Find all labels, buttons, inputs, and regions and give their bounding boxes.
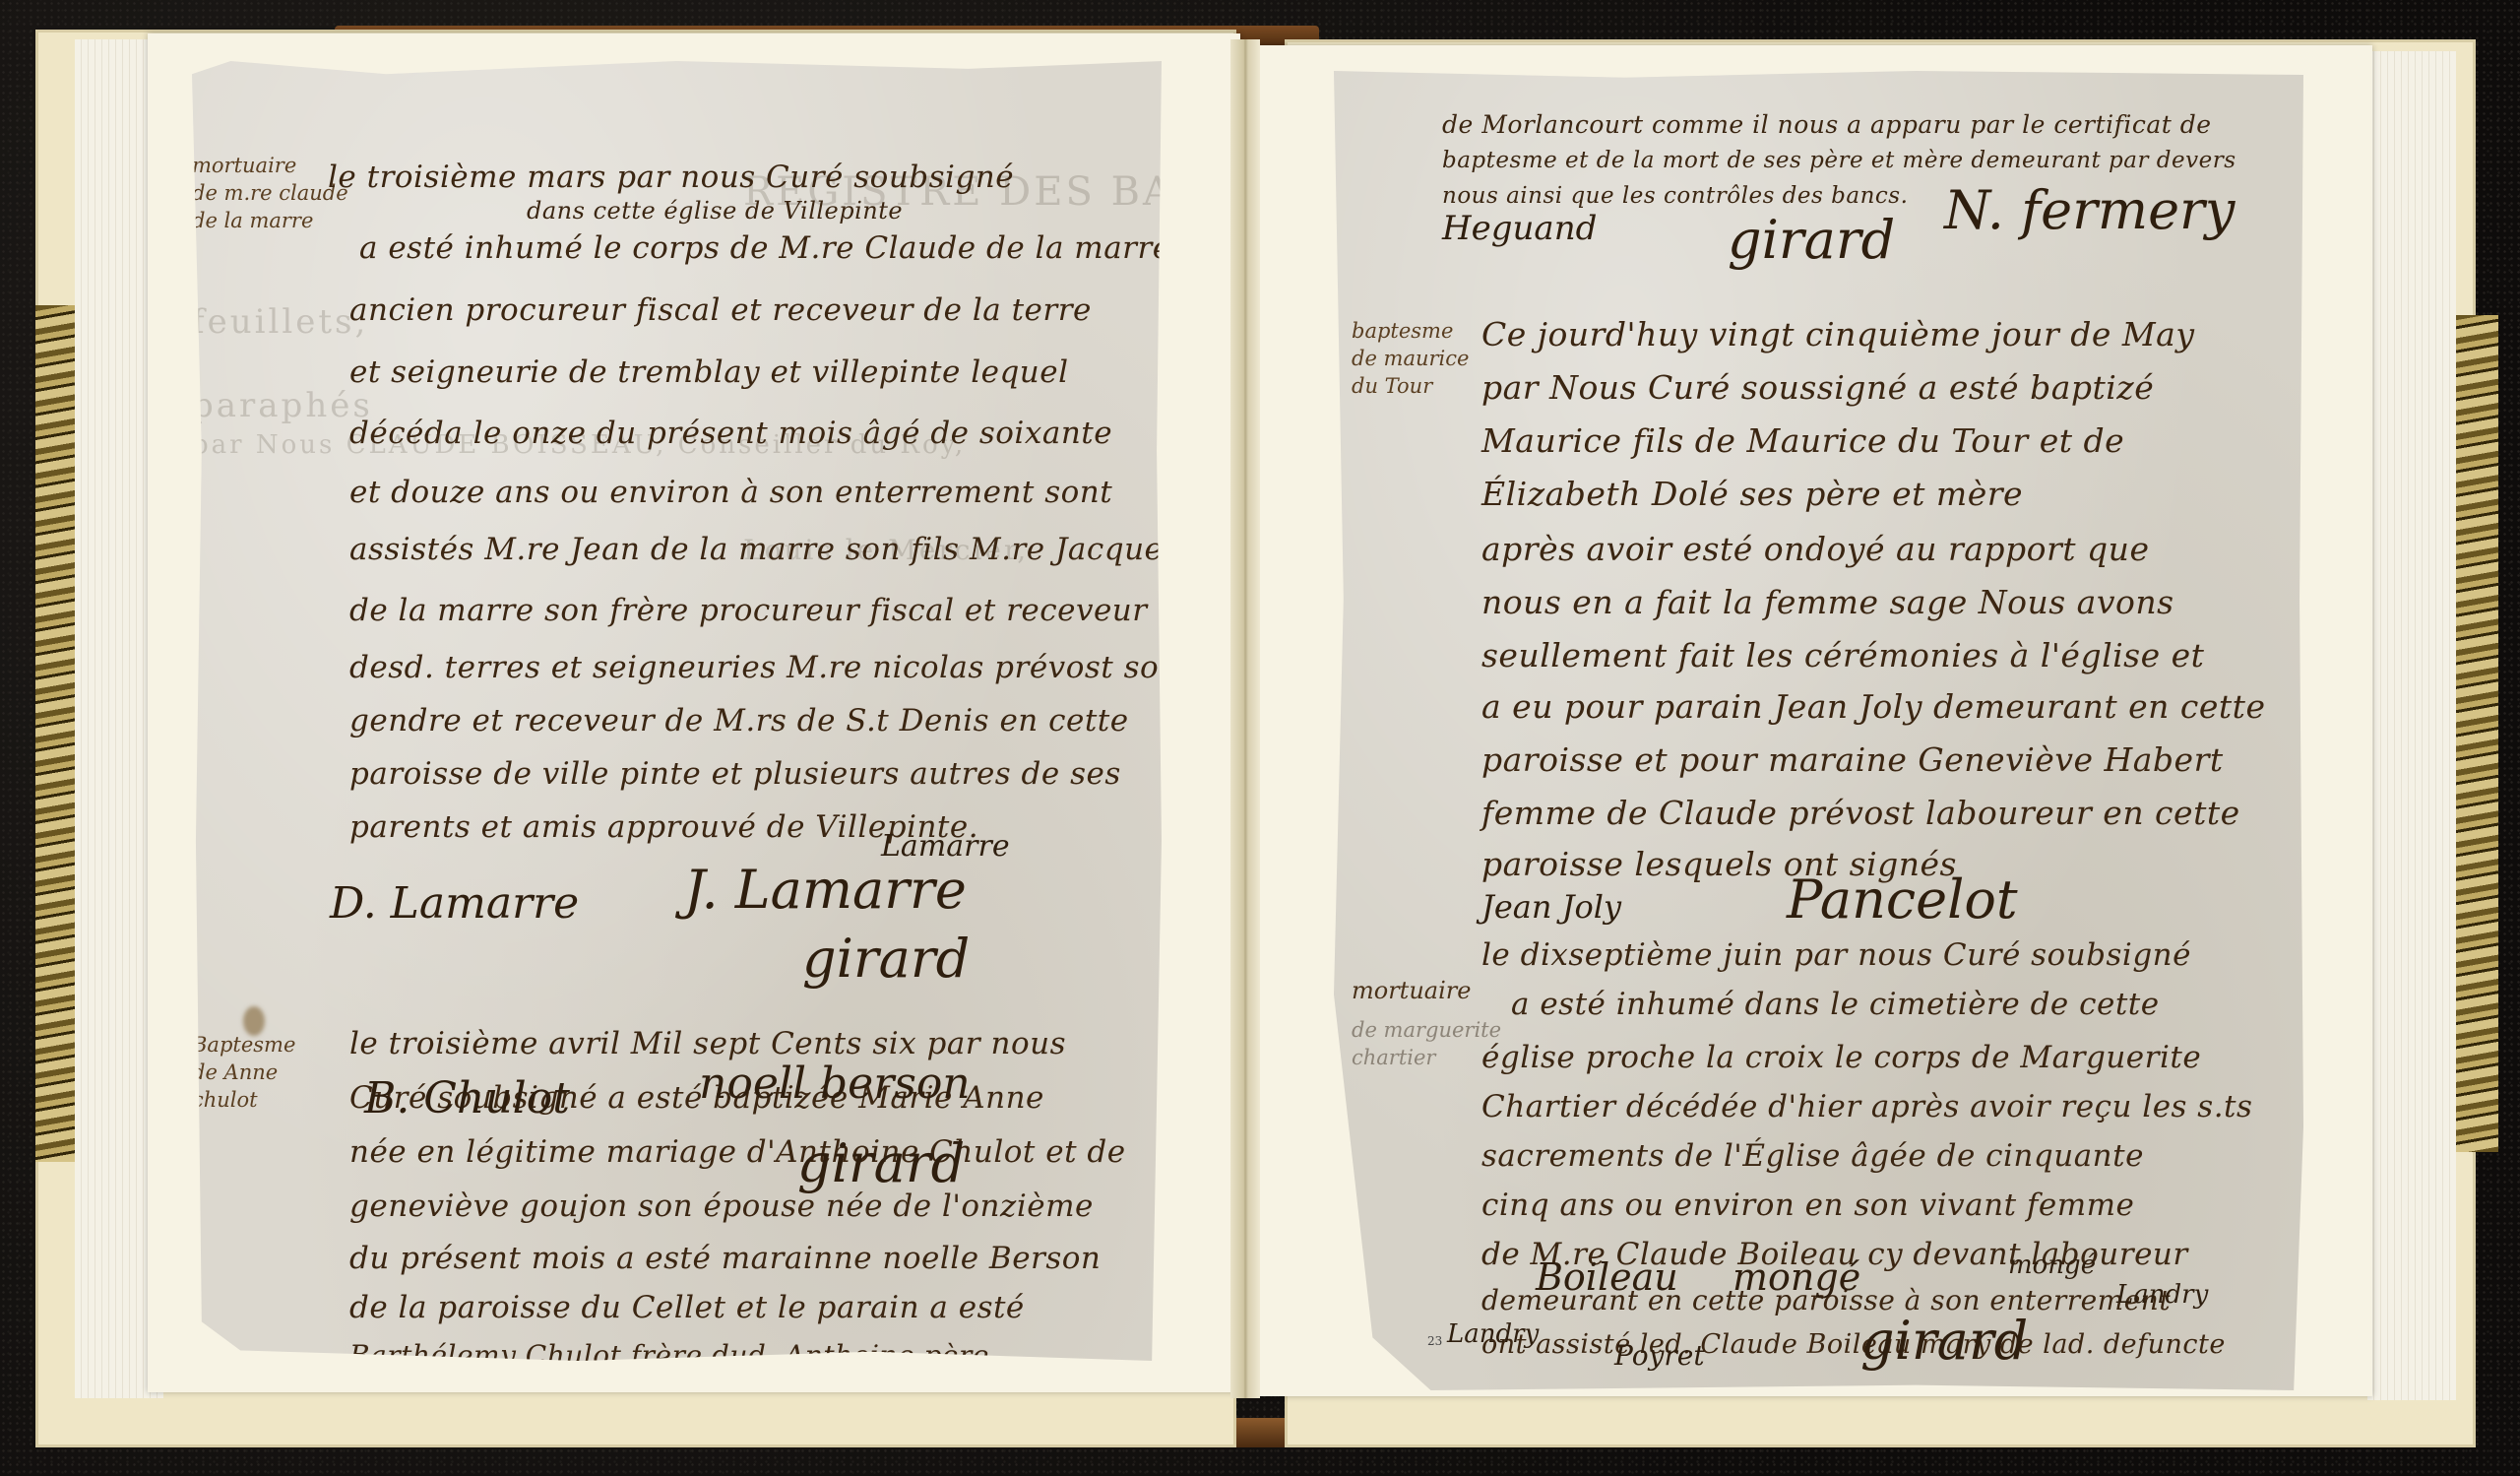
entry-line: nous ainsi que les contrôles des bancs. — [1442, 183, 1908, 209]
entry-line: Maurice fils de Maurice du Tour et de — [1481, 421, 2124, 460]
entry-line: du présent mois a esté marainne noelle B… — [349, 1241, 1101, 1276]
entry-line: le troisième mars par nous Curé soubsign… — [328, 160, 1014, 195]
margin-line: mortuaire — [192, 152, 348, 179]
margin-note-burial-marguerite-chartier: de marguerite chartier — [1352, 1016, 1501, 1071]
signature: noell berson — [699, 1059, 971, 1109]
signature: N. fermery — [1944, 179, 2235, 241]
entry-line: le dixseptième juin par nous Curé soubsi… — [1481, 937, 2191, 973]
margin-line: du Tour — [1352, 372, 1469, 400]
entry-line: gendre et receveur de M.rs de S.t Denis … — [349, 703, 1129, 738]
margin-note-burial-claude-de-la-marre: mortuaire de m.re claude de la marre — [192, 152, 348, 234]
entry-line: cinq ans ou environ en son vivant femme — [1481, 1187, 2134, 1223]
margin-line: Baptesme — [192, 1031, 295, 1059]
entry-line-insertion: dans cette église de Villepinte — [527, 197, 903, 225]
margin-line: de marguerite — [1352, 1016, 1501, 1044]
entry-line: par Nous Curé soussigné a esté baptizé — [1481, 368, 2154, 407]
entry-line: le troisième avril Mil sept Cents six pa… — [349, 1026, 1066, 1061]
margin-line: de m.re claude — [192, 179, 348, 207]
entry-line: décéda le onze du présent mois âgé de so… — [349, 416, 1112, 451]
entry-line: a esté inhumé dans le cimetière de cette — [1511, 987, 2160, 1022]
signature: mongé — [1732, 1255, 1860, 1299]
margin-line: baptesme — [1352, 317, 1469, 345]
bleed-through-text: feuillets, — [192, 302, 368, 342]
entry-line: femme de Claude prévost laboureur en cet… — [1481, 794, 2240, 832]
signature: girard — [1728, 209, 1895, 271]
entry-line: et douze ans ou environ à son enterremen… — [349, 475, 1112, 510]
margin-line: de Anne — [192, 1059, 295, 1086]
entry-line: paroisse et pour maraine Geneviève Haber… — [1481, 740, 2224, 779]
right-manuscript-sheet: de Morlancourt comme il nous a apparu pa… — [1334, 71, 2303, 1390]
margin-line: chartier — [1352, 1044, 1501, 1071]
entry-line: de la marre son frère procureur fiscal e… — [349, 593, 1148, 628]
margin-line: de la marre — [192, 207, 348, 234]
entry-line: après avoir esté ondoyé au rapport que — [1481, 530, 2149, 568]
signature: Heguand — [1442, 209, 1597, 248]
entry-line: ancien procureur fiscal et receveur de l… — [349, 292, 1092, 328]
entry-line: et seigneurie de tremblay et villepinte … — [349, 354, 1069, 390]
signature: Landry — [1447, 1319, 1539, 1349]
left-manuscript-sheet: REGISTRE DES BAPTÊMES feuillets, paraphé… — [192, 61, 1162, 1361]
entry-line: desd. terres et seigneuries M.re nicolas… — [349, 650, 1179, 685]
entry-line: paroisse de ville pinte et plusieurs aut… — [349, 756, 1121, 792]
signature: Lamarre — [881, 829, 1010, 864]
signature: D. Lamarre — [330, 878, 579, 929]
signature: Landry — [2116, 1280, 2208, 1310]
bleed-through-text: paraphés — [192, 386, 373, 425]
signature: Pancelot — [1787, 868, 2018, 931]
page-edges-right — [2367, 51, 2456, 1400]
entry-line: a eu pour parain Jean Joly demeurant en … — [1481, 687, 2265, 726]
signature: B. Chulot — [364, 1073, 570, 1123]
entry-line: sacrements de l'Église âgée de cinquante — [1481, 1138, 2144, 1174]
entry-line: geneviève goujon son épouse née de l'onz… — [349, 1188, 1094, 1224]
entry-line: Élizabeth Dolé ses père et mère — [1481, 475, 2023, 513]
entry-line: de la paroisse du Cellet et le parain a … — [349, 1290, 1025, 1325]
signature: girard — [1860, 1310, 2028, 1372]
entry-line: assistés M.re Jean de la marre son fils … — [349, 532, 1179, 567]
signature: Poyret — [1614, 1339, 1705, 1372]
marbled-endpaper-right — [2451, 315, 2498, 1152]
margin-line: chulot — [192, 1086, 295, 1114]
entry-line: Chartier décédée d'hier après avoir reçu… — [1481, 1089, 2252, 1124]
margin-line: de maurice — [1352, 345, 1469, 372]
margin-note-baptism-maurice-du-tour: baptesme de maurice du Tour — [1352, 317, 1469, 400]
entry-line: de Morlancourt comme il nous a apparu pa… — [1442, 110, 2212, 139]
entry-line: nous en a fait la femme sage Nous avons — [1481, 583, 2174, 621]
signature: J. Lamarre — [684, 859, 967, 921]
folio-number: 23 — [1427, 1334, 1442, 1348]
entry-line: née en légitime mariage d'Anthoine Chulo… — [349, 1134, 1126, 1170]
margin-note-burial-label: mortuaire — [1352, 977, 1471, 1004]
signature: girard — [802, 928, 970, 990]
signature: Boileau — [1536, 1255, 1678, 1299]
entry-line: baptesme et de la mort de ses père et mè… — [1442, 148, 2236, 173]
entry-line: ont assisté led. Claude Boileau mary de … — [1481, 1329, 2226, 1360]
signature: Jean Joly — [1481, 888, 1621, 926]
margin-note-baptism-anne-chulot: Baptesme de Anne chulot — [192, 1031, 295, 1114]
entry-line: église proche la croix le corps de Margu… — [1481, 1040, 2201, 1075]
entry-line: Ce jourd'huy vingt cinquième jour de May — [1481, 315, 2195, 353]
entry-line: a esté inhumé le corps de M.re Claude de… — [359, 230, 1171, 266]
entry-line: seullement fait les cérémonies à l'églis… — [1481, 636, 2204, 674]
signature: mongé — [2008, 1251, 2096, 1280]
signature: girard — [797, 1132, 965, 1194]
book-gutter — [1230, 39, 1260, 1398]
